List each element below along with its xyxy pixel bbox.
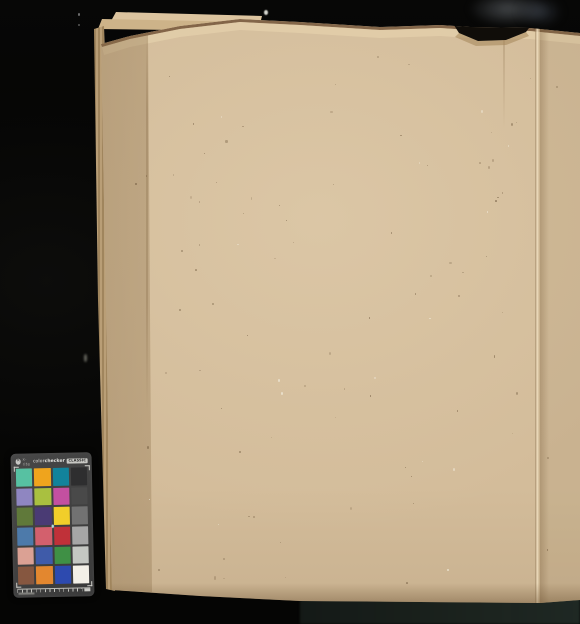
color-patch — [35, 527, 52, 545]
center-registration-dot-icon — [51, 525, 54, 528]
colorchecker-card: ✕ x-rite colorchecker CLASSIC — [11, 452, 95, 598]
color-patch — [54, 566, 71, 584]
dust-speck — [78, 24, 80, 26]
classic-badge: CLASSIC — [67, 458, 88, 463]
colorchecker-name: colorchecker — [33, 458, 65, 464]
color-patch — [71, 487, 88, 505]
color-patch — [53, 487, 70, 505]
ruler-scale — [17, 587, 90, 595]
xrite-brand-label: x-rite — [22, 456, 33, 466]
color-patch — [34, 488, 51, 506]
color-patch — [53, 507, 70, 525]
xrite-logo-icon: ✕ — [16, 459, 21, 465]
color-patch — [17, 547, 34, 565]
registration-bracket-icon — [16, 582, 21, 587]
color-patch — [36, 566, 53, 584]
registration-bracket-icon — [84, 465, 89, 470]
colorchecker-title: colorchecker CLASSIC — [33, 458, 88, 464]
ruler-end-block — [84, 588, 90, 591]
color-patch — [36, 547, 53, 565]
color-patch — [72, 546, 89, 564]
registration-bracket-icon — [13, 466, 18, 471]
color-patch — [35, 507, 52, 525]
color-patch — [34, 468, 51, 486]
color-patch — [54, 546, 71, 564]
color-patch — [17, 508, 34, 526]
ruler-ticks — [17, 588, 82, 592]
registration-bracket-icon — [87, 581, 92, 586]
book-digitization-photo: ✕ x-rite colorchecker CLASSIC — [0, 0, 580, 624]
color-patch — [71, 467, 88, 485]
dust-speck — [264, 10, 268, 15]
color-patch — [54, 527, 71, 545]
colorchecker-header: ✕ x-rite colorchecker CLASSIC — [16, 455, 88, 467]
color-patch — [71, 507, 88, 525]
dust-speck — [84, 354, 87, 362]
ruler-fine-print — [18, 593, 34, 595]
color-patch — [17, 527, 34, 545]
dust-speck — [78, 13, 80, 16]
color-patch — [72, 526, 89, 544]
color-patch — [16, 488, 33, 506]
color-patch — [52, 468, 69, 486]
